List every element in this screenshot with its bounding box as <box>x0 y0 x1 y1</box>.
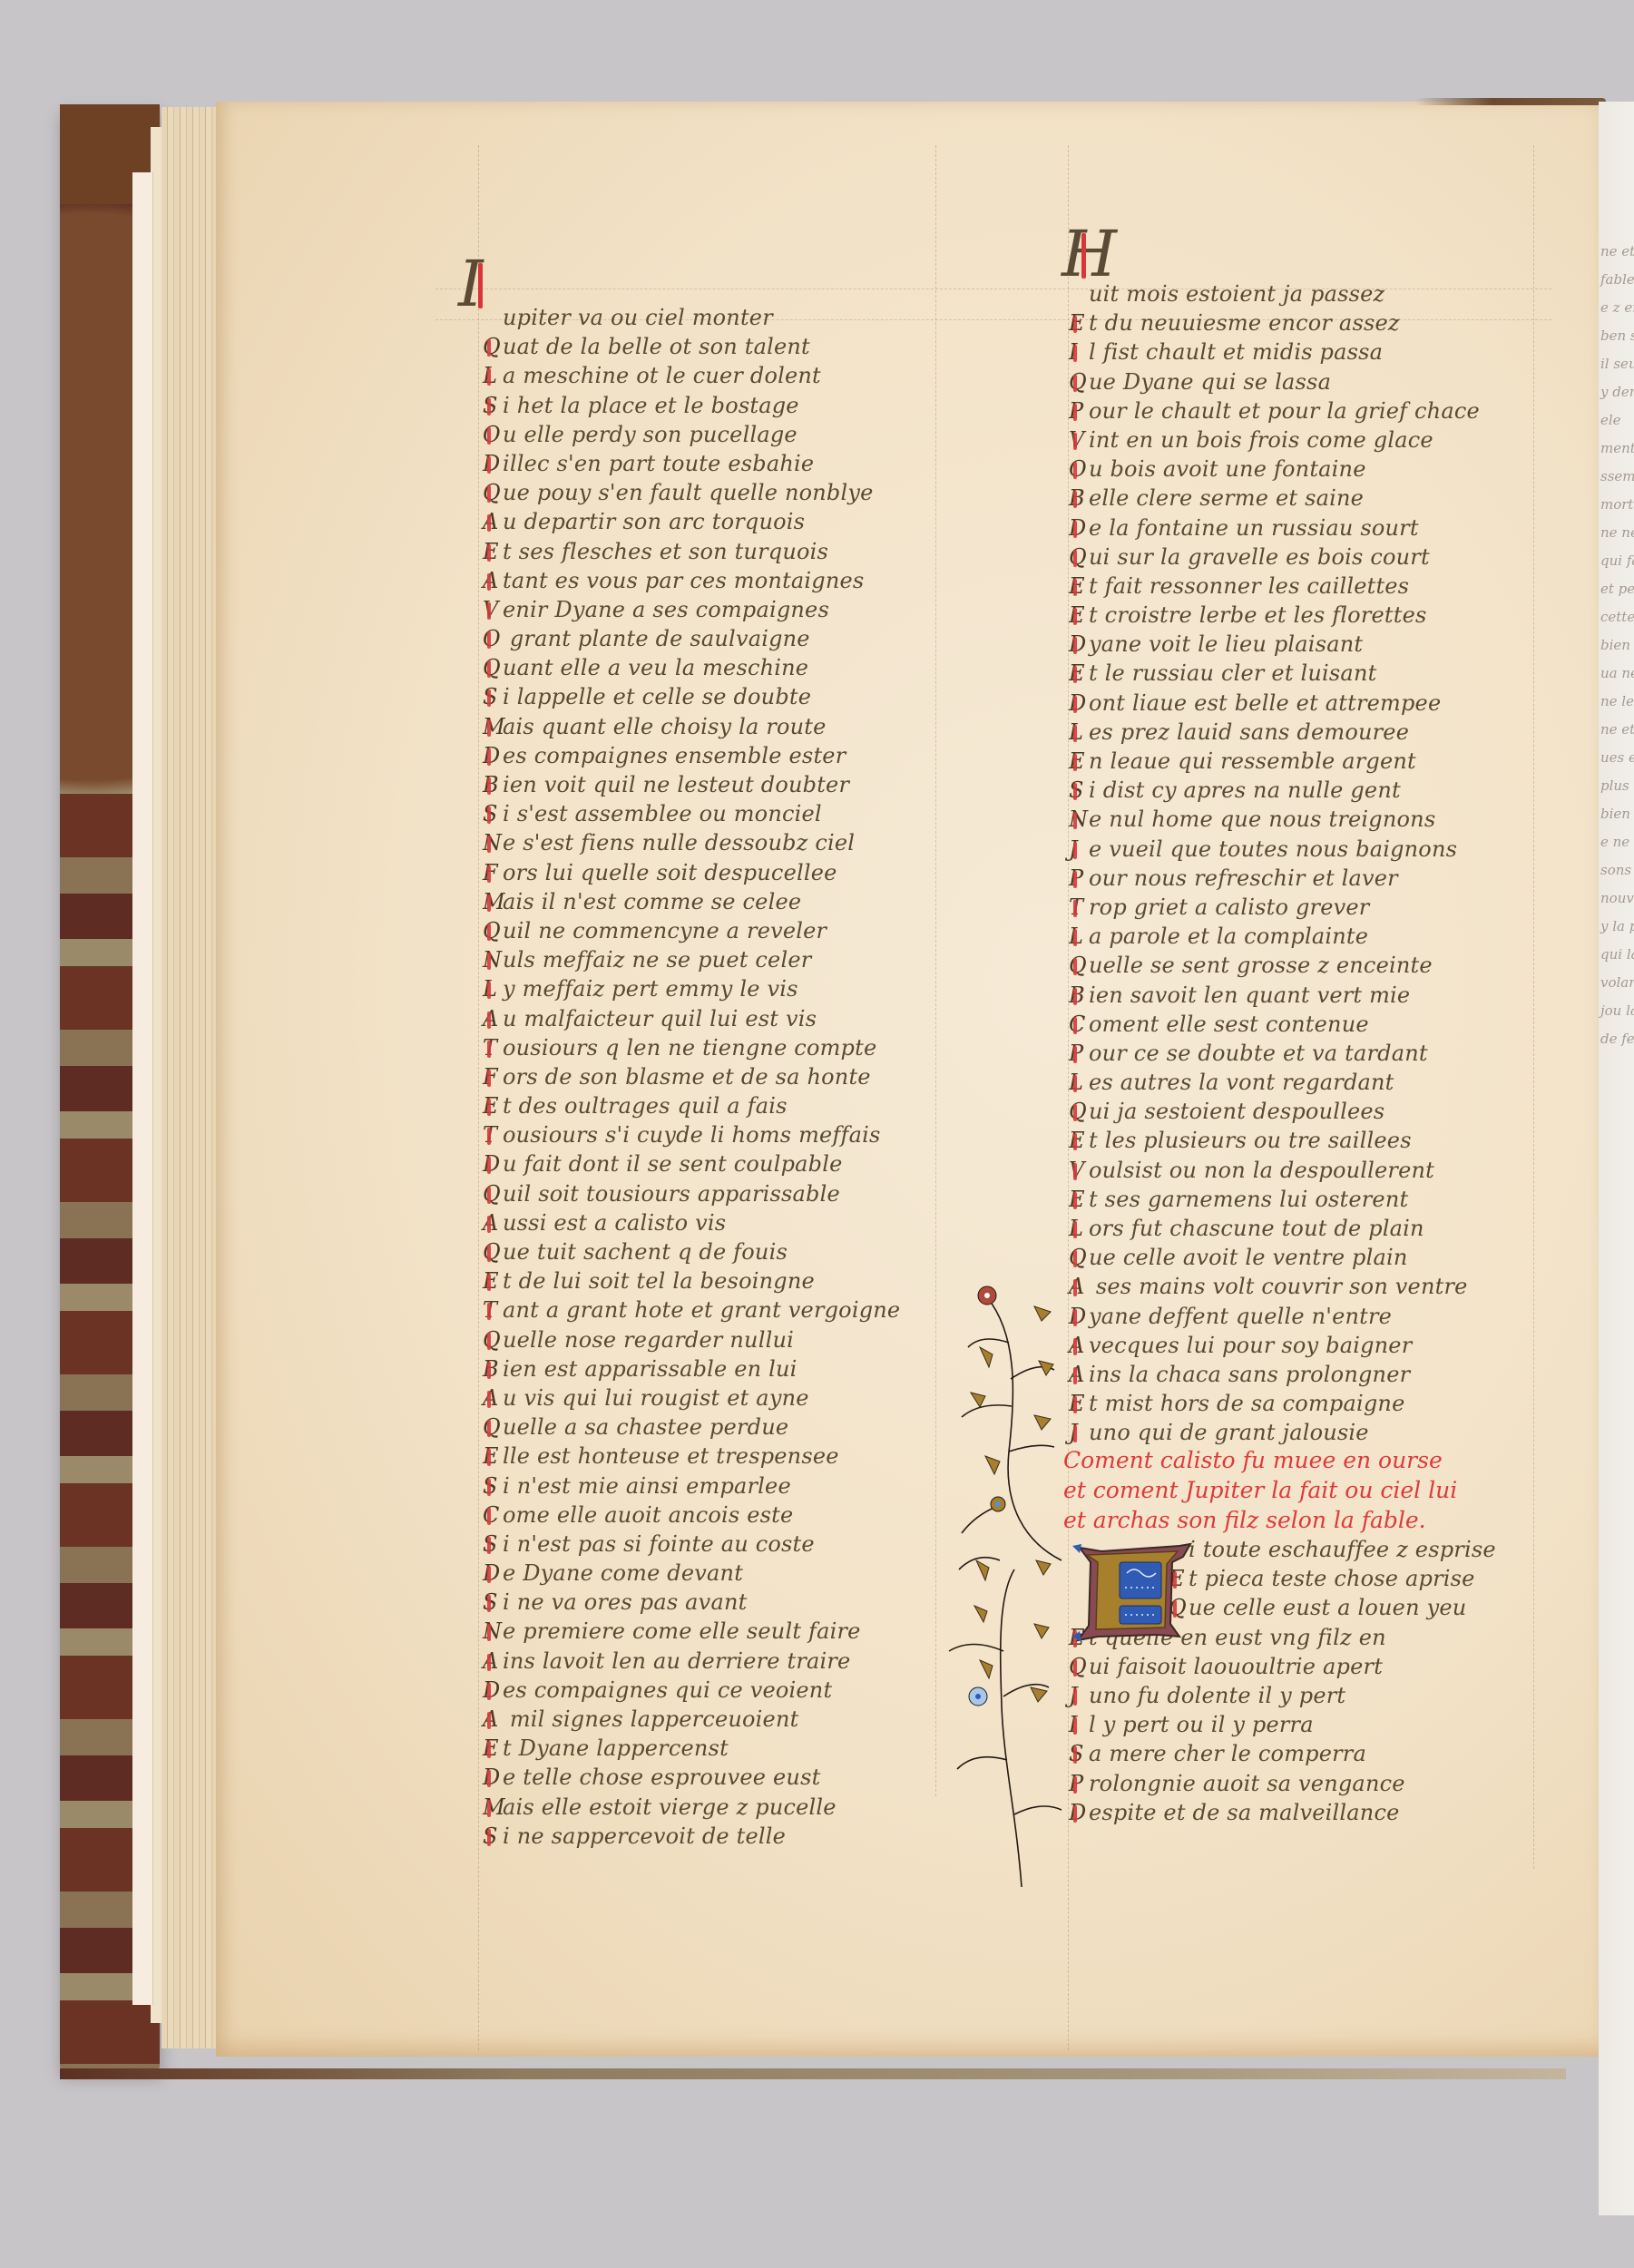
verse-line: Tant a grant hote et grant vergoigne <box>483 1295 945 1325</box>
facing-page-text: bien verite <box>1600 631 1634 660</box>
rubricated-initial: B <box>1069 981 1089 1010</box>
verse-text: ses mains volt couvrir son ventre <box>1089 1274 1468 1299</box>
facing-page-text: fable <box>1600 266 1634 294</box>
rubricated-initial: J <box>1069 1681 1089 1710</box>
verse-line: La parole et la complainte <box>1069 922 1541 951</box>
rubricated-initial: A <box>483 1383 503 1413</box>
flyleaf-front <box>132 172 153 2005</box>
verse-text: u departir son arc torquois <box>503 509 805 534</box>
verse-line: Aussi est a calisto vis <box>483 1208 945 1237</box>
verse-text: ui sur la gravelle es bois court <box>1089 544 1430 570</box>
rubricated-initial: E <box>1069 1185 1089 1214</box>
verse-text: yane voit le lieu plaisant <box>1089 631 1363 657</box>
rubricated-initial: B <box>483 770 503 799</box>
verse-text: a mere cher le comperra <box>1089 1741 1366 1766</box>
verse-line: Pour le chault et pour la grief chace <box>1069 396 1541 425</box>
facing-page-text: ua ne pomelle <box>1600 660 1634 688</box>
binding-bottom-edge <box>60 2068 1566 2079</box>
verse-text: ussi est a calisto vis <box>503 1210 726 1236</box>
facing-page-text: ne et nul <box>1600 238 1634 266</box>
verse-line: Vint en un bois frois come glace <box>1069 425 1541 455</box>
verse-line: Et les plusieurs ou tre saillees <box>1069 1126 1541 1155</box>
rubricated-initial: L <box>1069 1214 1089 1243</box>
rubricated-initial: D <box>483 1763 503 1792</box>
verse-text: uant elle a veu la meschine <box>503 655 808 680</box>
facing-page-text: cette organise <box>1600 603 1634 631</box>
verse-text: e s'est fiens nulle dessoubz ciel <box>503 830 855 855</box>
rubricated-initial: A <box>483 1208 503 1237</box>
rubricated-initial: F <box>483 1062 503 1091</box>
verse-text: a parole et la complainte <box>1089 924 1368 949</box>
facing-page-text: y demande <box>1600 378 1634 406</box>
rubricated-initial: D <box>1069 513 1089 543</box>
verse-line: Il fist chault et midis passa <box>1069 337 1541 367</box>
rubricated-initial: E <box>483 537 503 566</box>
verse-text: mil signes lapperceuoient <box>503 1706 798 1732</box>
rubricated-initial: J <box>1069 1418 1089 1447</box>
rubricated-initial: S <box>1069 1739 1089 1768</box>
verse-text: t les plusieurs ou tre saillees <box>1089 1128 1412 1153</box>
rubricated-initial: Q <box>1069 543 1089 572</box>
verse-text: a meschine ot le cuer dolent <box>503 363 821 388</box>
verse-line: Juno qui de grant jalousie <box>1069 1418 1541 1447</box>
verse-line: Coment elle sest contenue <box>1069 1010 1541 1039</box>
rubricated-initial: V <box>1069 1156 1089 1185</box>
rubricated-initial: Q <box>483 332 503 361</box>
verse-text: es autres la vont regardant <box>1089 1070 1394 1095</box>
rubricated-initial: E <box>483 1266 503 1295</box>
rubricated-initial: Q <box>483 916 503 945</box>
verse-text: ais quant elle choisy la route <box>503 714 827 739</box>
verse-line: Fors lui quelle soit despucellee <box>483 858 945 887</box>
verse-line: Si lappelle et celle se doubte <box>483 682 945 711</box>
verse-text: ien est apparissable en lui <box>503 1356 797 1382</box>
verse-line: Lors fut chascune tout de plain <box>1069 1214 1541 1243</box>
rubricated-initial: C <box>1069 1010 1089 1039</box>
verse-text: enir Dyane a ses compaignes <box>503 597 829 622</box>
rubric-line: et coment Jupiter la fait ou ciel lui <box>1063 1475 1457 1505</box>
facing-page-text: ne et ouques <box>1600 716 1634 744</box>
verse-text: tant es vous par ces montaignes <box>503 568 864 593</box>
verse-text: i lappelle et celle se doubte <box>503 684 811 709</box>
verse-text: t le russiau cler et luisant <box>1089 660 1376 686</box>
facing-page-edge: ne et nulfablee z en grantben seueil seu… <box>1599 102 1634 2215</box>
rubricated-initial: A <box>1069 1331 1089 1360</box>
rubricated-initial: Q <box>483 1179 503 1208</box>
verse-line: Et ses flesches et son turquois <box>483 537 945 566</box>
verse-text: elle clere serme et saine <box>1089 485 1364 511</box>
verse-text: oulsist ou non la despoullerent <box>1089 1158 1434 1183</box>
rubricated-initial: E <box>1069 308 1089 337</box>
verse-line: Que pouy s'en fault quelle nonblye <box>483 478 945 507</box>
verse-text: uit mois estoient ja passez <box>1089 281 1384 307</box>
verse-text: es prez lauid sans demouree <box>1089 719 1409 745</box>
verse-line: Tousiours s'i cuyde li homs meffais <box>483 1120 945 1149</box>
verse-line: Ains la chaca sans prolongner <box>1069 1360 1541 1389</box>
verse-line: Ne nul home que nous treignons <box>1069 805 1541 834</box>
verse-line: Elle est honteuse et trespensee <box>483 1442 945 1471</box>
verse-text: u elle perdy son pucellage <box>503 422 797 447</box>
rubricated-initial: M <box>483 887 503 916</box>
verse-line: Si dist cy apres na nulle gent <box>1069 776 1541 805</box>
verse-text: ousiours q len ne tiengne compte <box>503 1035 876 1061</box>
verse-text: our ce se doubte et va tardant <box>1089 1041 1428 1066</box>
verse-text: yane deffent quelle n'entre <box>1089 1304 1392 1329</box>
verse-line: uit mois estoient ja passez <box>1069 279 1541 308</box>
verse-text: i n'est pas si fointe au coste <box>503 1531 815 1557</box>
facing-page-text: ssemble me <box>1600 463 1634 491</box>
verse-text: uls meffaiz ne se puet celer <box>503 947 811 973</box>
rubricated-initial: I <box>1069 1710 1089 1739</box>
verse-text: oment elle sest contenue <box>1089 1012 1369 1037</box>
verse-text: vecques lui pour soy baigner <box>1089 1333 1412 1358</box>
rubricated-initial: E <box>1069 1389 1089 1418</box>
verse-text: espite et de sa malveillance <box>1089 1800 1400 1825</box>
verse-text: es compaignes qui ce veoient <box>503 1677 832 1703</box>
verse-line: Si s'est assemblee ou monciel <box>483 799 945 828</box>
verse-line: Nuls meffaiz ne se puet celer <box>483 945 945 974</box>
verse-line: De la fontaine un russiau sourt <box>1069 513 1541 543</box>
verse-text: rolongnie auoit sa vengance <box>1089 1771 1405 1796</box>
verse-text: i s'est assemblee ou monciel <box>503 801 822 826</box>
verse-line: Des compaignes qui ce veoient <box>483 1676 945 1705</box>
rubricated-initial: T <box>483 1033 503 1062</box>
verse-text: ais elle estoit vierge z pucelle <box>503 1794 837 1820</box>
rubricated-initial: B <box>1069 484 1089 513</box>
verse-line: Come elle auoit ancois este <box>483 1501 945 1530</box>
verse-text: ors lui quelle soit despucellee <box>503 860 837 885</box>
rubricated-initial: T <box>483 1120 503 1149</box>
rubricated-initial: S <box>1069 776 1089 805</box>
marginal-foliage-decoration <box>944 1270 1071 1905</box>
rubricated-initial: N <box>483 1617 503 1646</box>
verse-text: ui faisoit laououltrie apert <box>1089 1654 1383 1679</box>
verse-text: i n'est mie ainsi emparlee <box>503 1473 791 1499</box>
verse-line: Trop griet a calisto grever <box>1069 893 1541 922</box>
verse-text: ant a grant hote et grant vergoigne <box>503 1297 900 1323</box>
verse-text: t du neuuiesme encor assez <box>1089 310 1400 336</box>
ruling-line <box>478 145 479 2050</box>
verse-text: ui ja sestoient despoullees <box>1089 1099 1384 1124</box>
rubricated-initial: D <box>1069 630 1089 659</box>
verse-line: Si ne va ores pas avant <box>483 1588 945 1617</box>
rubricated-initial: P <box>1069 396 1089 425</box>
rubricated-initial: F <box>483 858 503 887</box>
rubricated-initial: C <box>483 1501 503 1530</box>
verse-text: t ses flesches et son turquois <box>503 539 828 564</box>
verse-text: t ses garnemens lui osterent <box>1089 1187 1408 1212</box>
rubricated-initial: E <box>483 1442 503 1471</box>
verse-text: int en un bois frois come glace <box>1089 427 1433 453</box>
verse-line: Quil soit tousiours apparissable <box>483 1179 945 1208</box>
verse-text: lle est honteuse et trespensee <box>503 1443 839 1469</box>
verse-text: i het la place et le bostage <box>503 393 799 418</box>
verse-line: Et des oultrages quil a fais <box>483 1091 945 1120</box>
verse-line: Mais elle estoit vierge z pucelle <box>483 1793 945 1822</box>
rubricated-initial: E <box>1069 747 1089 776</box>
verse-line: Juno fu dolente il y pert <box>1069 1681 1541 1710</box>
verse-text: ors de son blasme et de sa honte <box>503 1064 871 1090</box>
verse-line: Qui ja sestoient despoullees <box>1069 1097 1541 1126</box>
page-damaged-edge <box>1415 98 1606 105</box>
verse-text: illec s'en part toute esbahie <box>503 451 814 476</box>
verse-line: Quelle a sa chastee perdue <box>483 1413 945 1442</box>
rubricated-initial: S <box>483 391 503 420</box>
rubricated-initial: Q <box>1069 1097 1089 1126</box>
verse-text: u fait dont il se sent coulpable <box>503 1151 843 1177</box>
rubricated-initial: Q <box>1069 1652 1089 1681</box>
verse-line: De telle chose esprouvee eust <box>483 1763 945 1792</box>
facing-page-text: de femme <box>1600 1025 1634 1053</box>
rubricated-initial: Q <box>483 1413 503 1442</box>
verse-line: Dont liaue est belle et attrempee <box>1069 689 1541 718</box>
facing-page-text: plus le que <box>1600 772 1634 800</box>
verse-line: Les autres la vont regardant <box>1069 1068 1541 1097</box>
verse-text: ue tuit sachent q de fouis <box>503 1239 788 1265</box>
opening-initial-right: H <box>1062 222 1117 286</box>
verse-line: Dyane deffent quelle n'entre <box>1069 1302 1541 1331</box>
rubricated-initial: P <box>1069 1769 1089 1798</box>
verse-text: l fist chault et midis passa <box>1089 339 1383 365</box>
verse-text: our le chault et pour la grief chace <box>1089 398 1480 424</box>
rubricated-initial: O <box>483 420 503 449</box>
verse-text: upiter va ou ciel monter <box>503 305 773 330</box>
verse-line: Bien est apparissable en lui <box>483 1354 945 1383</box>
rubricated-initial: D <box>483 449 503 478</box>
verse-text: ue Dyane qui se lassa <box>1089 369 1331 395</box>
verse-line: Et de lui soit tel la besoingne <box>483 1266 945 1295</box>
rubricated-initial: D <box>1069 689 1089 718</box>
verse-line: Prolongnie auoit sa vengance <box>1069 1769 1541 1798</box>
rubricated-initial: S <box>483 1588 503 1617</box>
rubricated-initial: D <box>483 1676 503 1705</box>
verse-line: La meschine ot le cuer dolent <box>483 361 945 390</box>
verse-text: uelle se sent grosse z enceinte <box>1089 953 1433 978</box>
verse-text: ins la chaca sans prolongner <box>1089 1362 1410 1387</box>
rubricated-initial: M <box>483 1793 503 1822</box>
rubricated-initial: D <box>483 1149 503 1178</box>
rubricated-initial: V <box>1069 425 1089 455</box>
verse-text: e Dyane come devant <box>503 1560 743 1586</box>
rubricated-initial: D <box>483 741 503 770</box>
verse-text: e vueil que toutes nous baignons <box>1089 836 1457 862</box>
rubricated-initial: V <box>483 595 503 624</box>
verse-text: u malfaicteur quil lui est vis <box>503 1006 817 1031</box>
rubricated-initial: T <box>483 1295 503 1325</box>
verse-text: t mist hors de sa compaigne <box>1089 1391 1405 1416</box>
verse-text: ien savoit len quant vert mie <box>1089 982 1410 1008</box>
facing-page-text: qui fault bele <box>1600 547 1634 575</box>
rubricated-initial: A <box>1069 1272 1089 1301</box>
rubricated-initial: L <box>1069 718 1089 747</box>
facing-page-text: jou la grie <box>1600 997 1634 1025</box>
rubricated-initial: E <box>1069 601 1089 630</box>
verse-line: Que celle avoit le ventre plain <box>1069 1243 1541 1272</box>
verse-line: Dillec s'en part toute esbahie <box>483 449 945 478</box>
verse-text: ousiours s'i cuyde li homs meffais <box>503 1122 881 1148</box>
illuminated-initial-h <box>1071 1542 1196 1644</box>
verse-line: Les prez lauid sans demouree <box>1069 718 1541 747</box>
verse-line: Sa mere cher le comperra <box>1069 1739 1541 1768</box>
rubricated-initial: O <box>1069 455 1089 484</box>
verse-line: Quant elle a veu la meschine <box>483 653 945 682</box>
verse-line: Ne s'est fiens nulle dessoubz ciel <box>483 828 945 857</box>
verse-line: Au malfaicteur quil lui est vis <box>483 1004 945 1033</box>
verse-text: uat de la belle ot son talent <box>503 334 810 359</box>
verse-text: e premiere come elle seult faire <box>503 1618 861 1644</box>
rubric-heading: Coment calisto fu muee en ourse et comen… <box>1063 1445 1457 1535</box>
rubricated-initial: I <box>1069 337 1089 367</box>
rubricated-initial: Q <box>1069 951 1089 980</box>
verse-text: uno qui de grant jalousie <box>1089 1420 1369 1445</box>
verse-line: Que Dyane qui se lassa <box>1069 367 1541 396</box>
verse-line: Si n'est pas si fointe au coste <box>483 1530 945 1559</box>
verse-line: Pour nous refreschir et laver <box>1069 864 1541 893</box>
verse-text: ome elle auoit ancois este <box>503 1502 793 1528</box>
rubricated-initial: S <box>483 1822 503 1851</box>
verse-text: ue celle eust a louen yeu <box>1189 1595 1466 1620</box>
rubric-line: Coment calisto fu muee en ourse <box>1063 1445 1457 1475</box>
facing-page-text: et pelu <box>1600 575 1634 603</box>
verse-text: e nul home que nous treignons <box>1089 807 1435 832</box>
verse-line: Il y pert ou il y perra <box>1069 1710 1541 1739</box>
verse-text: t des oultrages quil a fais <box>503 1093 788 1119</box>
verse-text: our nous refreschir et laver <box>1089 865 1398 891</box>
verse-text: ins lavoit len au derriere traire <box>503 1648 850 1674</box>
verse-line: Ly meffaiz pert emmy le vis <box>483 974 945 1003</box>
rubricated-initial: Q <box>483 653 503 682</box>
verse-text: ont liaue est belle et attrempee <box>1089 690 1441 716</box>
rubricated-initial: E <box>483 1091 503 1120</box>
verse-line: Et le russiau cler et luisant <box>1069 659 1541 688</box>
rubricated-initial: S <box>483 1530 503 1559</box>
verse-text: ue celle avoit le ventre plain <box>1089 1245 1408 1270</box>
manuscript-photo: I upiter va ou ciel monterQuat de la bel… <box>0 0 1634 2268</box>
verse-line: Et fait ressonner les caillettes <box>1069 572 1541 601</box>
rubricated-initial: A <box>483 1647 503 1676</box>
verse-line: Ains lavoit len au derriere traire <box>483 1647 945 1676</box>
facing-page-text: ben seue <box>1600 322 1634 350</box>
verse-text: grant plante de saulvaigne <box>503 626 810 651</box>
verse-line: Et Dyane lappercenst <box>483 1734 945 1763</box>
verse-text: y meffaiz pert emmy le vis <box>503 976 798 1002</box>
verse-line: Voulsist ou non la despoullerent <box>1069 1156 1541 1185</box>
facing-page-text: il seuble <box>1600 350 1634 378</box>
facing-page-text: ment <box>1600 435 1634 463</box>
verse-line: Et croistre lerbe et les florettes <box>1069 601 1541 630</box>
rubricated-initial: L <box>1069 1068 1089 1097</box>
verse-text: t croistre lerbe et les florettes <box>1089 602 1427 628</box>
rubricated-initial: Q <box>483 1237 503 1266</box>
facing-page-text: volantes con <box>1600 969 1634 997</box>
verse-line: Bien savoit len quant vert mie <box>1069 981 1541 1010</box>
verse-line: Avecques lui pour soy baigner <box>1069 1331 1541 1360</box>
rubricated-initial: P <box>1069 1039 1089 1068</box>
verse-line: Et mist hors de sa compaigne <box>1069 1389 1541 1418</box>
verse-text: u vis qui lui rougist et ayne <box>503 1385 809 1411</box>
verse-text: uelle a sa chastee perdue <box>503 1414 788 1440</box>
rubricated-initial: N <box>483 945 503 974</box>
rubricated-initial: Q <box>1069 1243 1089 1272</box>
verse-text: t fait ressonner les caillettes <box>1089 573 1409 599</box>
rubricated-initial: Q <box>483 1325 503 1354</box>
verse-line: Et du neuuiesme encor assez <box>1069 308 1541 337</box>
rubricated-initial: N <box>1069 805 1089 834</box>
verse-line: Du fait dont il se sent coulpable <box>483 1149 945 1178</box>
verse-text: ors fut chascune tout de plain <box>1089 1216 1424 1241</box>
rubricated-initial: E <box>1069 572 1089 601</box>
verse-line: Quat de la belle ot son talent <box>483 332 945 361</box>
rubricated-initial: T <box>1069 893 1089 922</box>
verse-line: Venir Dyane a ses compaignes <box>483 595 945 624</box>
facing-page-text: nouve ve pa <box>1600 885 1634 913</box>
page-edges-stack <box>161 107 218 2048</box>
verse-line: Qui sur la gravelle es bois court <box>1069 543 1541 572</box>
facing-page-text: morte maux <box>1600 491 1634 519</box>
verse-line: Au vis qui lui rougist et ayne <box>483 1383 945 1413</box>
rubricated-initial: Q <box>483 478 503 507</box>
rubricated-initial: E <box>1069 659 1089 688</box>
verse-line: Ou elle perdy son pucellage <box>483 420 945 449</box>
rubricated-initial: S <box>483 682 503 711</box>
rubricated-initial: D <box>1069 1798 1089 1827</box>
rubric-line: et archas son filz selon la fable. <box>1063 1505 1457 1535</box>
rubricated-initial: L <box>1069 922 1089 951</box>
rubricated-initial: Q <box>1069 367 1089 396</box>
verse-text: t Dyane lappercenst <box>503 1735 729 1761</box>
rubricated-initial: P <box>1069 864 1089 893</box>
verse-text: u bois avoit une fontaine <box>1089 456 1366 482</box>
verse-line: Ne premiere come elle seult faire <box>483 1617 945 1646</box>
verse-line: Ou bois avoit une fontaine <box>1069 455 1541 484</box>
rubricated-initial: A <box>483 566 503 595</box>
verse-text: uelle nose regarder nullui <box>503 1327 794 1353</box>
rubricated-initial: D <box>1069 1302 1089 1331</box>
verse-line: A ses mains volt couvrir son ventre <box>1069 1272 1541 1301</box>
rubricated-initial: A <box>483 507 503 536</box>
rubricated-initial: E <box>483 1734 503 1763</box>
verse-line: Mais il n'est comme se celee <box>483 887 945 916</box>
verse-text: l y pert ou il y perra <box>1089 1712 1314 1737</box>
rubricated-initial: O <box>483 624 503 653</box>
verse-line: Des compaignes ensemble ester <box>483 741 945 770</box>
verse-text: ue pouy s'en fault quelle nonblye <box>503 480 874 505</box>
verse-line: A mil signes lapperceuoient <box>483 1705 945 1734</box>
verse-line: Au departir son arc torquois <box>483 507 945 536</box>
rubricated-initial: A <box>483 1705 503 1734</box>
verse-line: Dyane voit le lieu plaisant <box>1069 630 1541 659</box>
verse-line: Belle clere serme et saine <box>1069 484 1541 513</box>
verse-text: t de lui soit tel la besoingne <box>503 1268 815 1294</box>
verse-text: uno fu dolente il y pert <box>1089 1683 1345 1708</box>
verse-text: rop griet a calisto grever <box>1089 894 1369 920</box>
verse-line: Que tuit sachent q de fouis <box>483 1237 945 1266</box>
rubricated-initial: J <box>1069 835 1089 864</box>
facing-page-text: ele <box>1600 406 1634 435</box>
rubricated-initial: S <box>483 799 503 828</box>
verse-text: uil ne commencyne a reveler <box>503 918 827 943</box>
verse-text: n leaue qui ressemble argent <box>1089 748 1416 774</box>
verse-line: Et ses garnemens lui osterent <box>1069 1185 1541 1214</box>
verse-line: Pour ce se doubte et va tardant <box>1069 1039 1541 1068</box>
rubricated-initial: A <box>1069 1360 1089 1389</box>
facing-page-text: e ne conuint <box>1600 828 1634 856</box>
verse-column-left: upiter va ou ciel monterQuat de la belle… <box>483 303 945 1851</box>
rubricated-initial: A <box>483 1004 503 1033</box>
verse-line: Fors de son blasme et de sa honte <box>483 1062 945 1091</box>
verse-line: Si het la place et le bostage <box>483 391 945 420</box>
verse-line: Si ne sappercevoit de telle <box>483 1822 945 1851</box>
